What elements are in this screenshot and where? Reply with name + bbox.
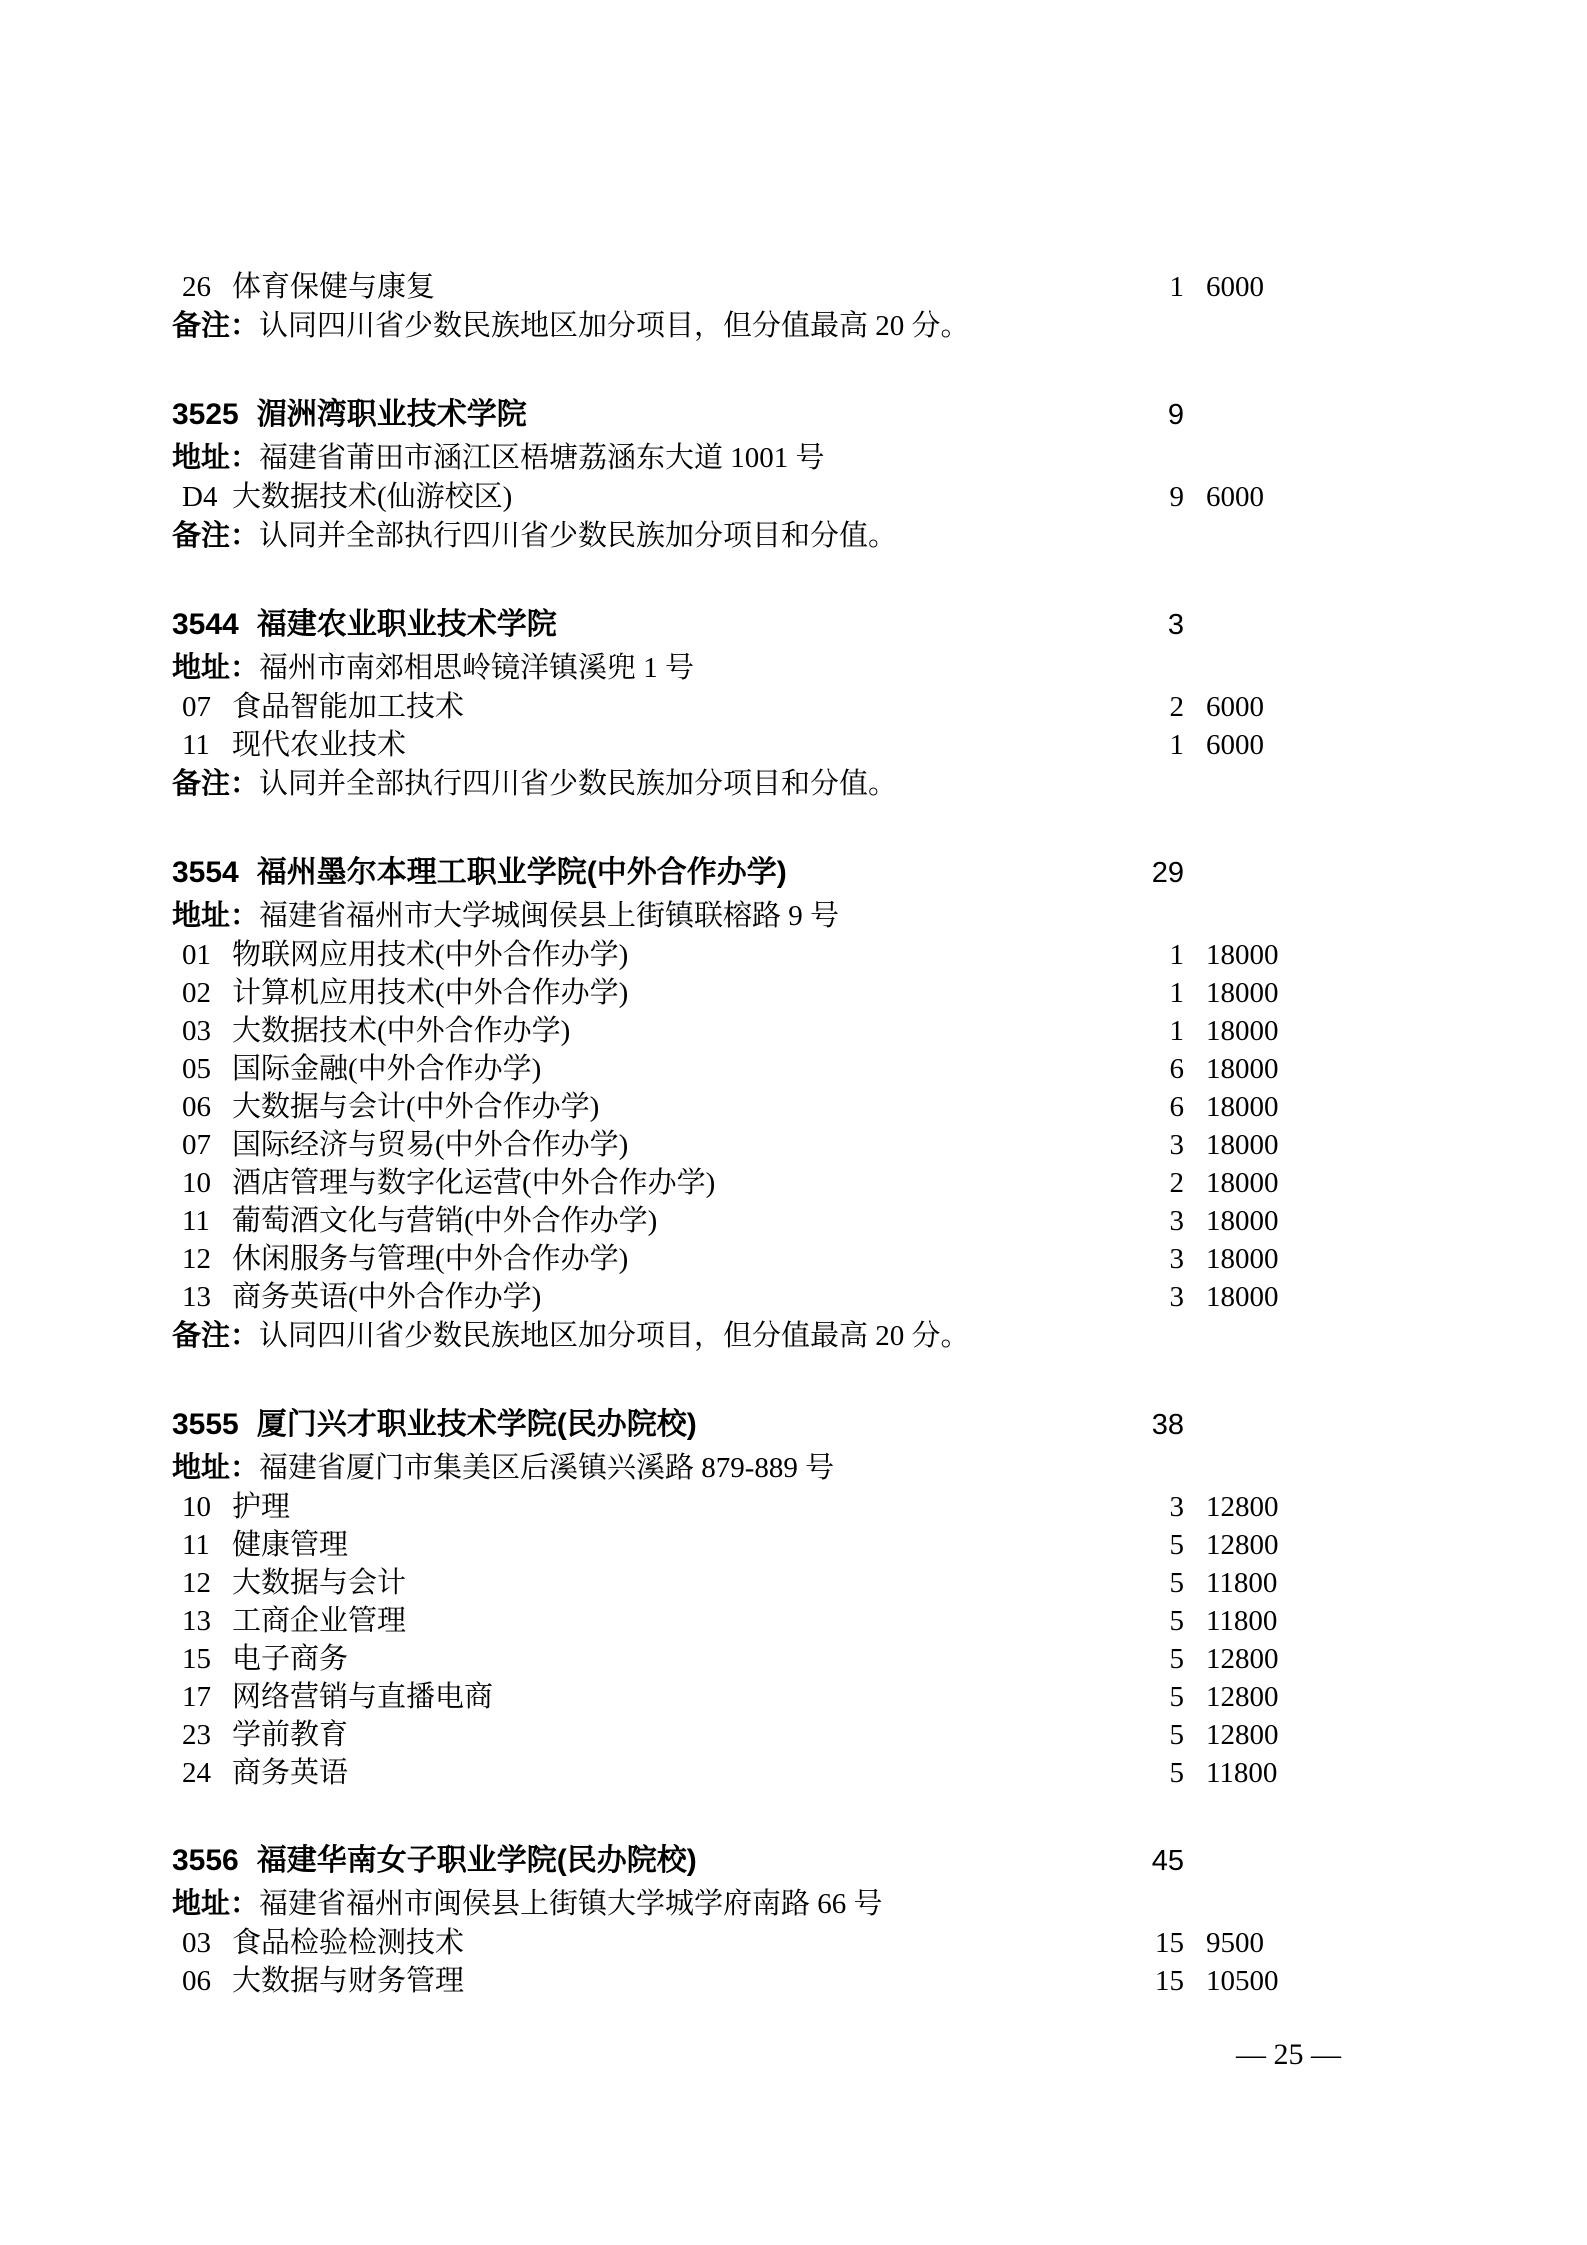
major-tuition: 12800 xyxy=(1184,1488,1442,1526)
major-row: 12休闲服务与管理(中外合作办学)318000 xyxy=(172,1240,1442,1278)
major-count: 1 xyxy=(1124,268,1184,306)
school-section: 3525湄洲湾职业技术学院9地址：福建省莆田市涵江区梧塘荔涵东大道 1001 号… xyxy=(172,392,1442,556)
major-count: 15 xyxy=(1124,1962,1184,2000)
major-name: 物联网应用技术(中外合作办学) xyxy=(232,936,1124,974)
note-line: 备注：认同四川省少数民族地区加分项目，但分值最高 20 分。 xyxy=(172,1316,1442,1356)
major-count: 15 xyxy=(1124,1924,1184,1962)
major-code: 24 xyxy=(182,1754,218,1792)
address-line: 地址：福州市南郊相思岭镜洋镇溪兜 1 号 xyxy=(172,648,1442,688)
address-label: 地址： xyxy=(172,648,259,688)
major-name: 酒店管理与数字化运营(中外合作办学) xyxy=(232,1164,1124,1202)
major-name: 休闲服务与管理(中外合作办学) xyxy=(232,1240,1124,1278)
school-code: 3544 xyxy=(172,602,239,648)
school-section: 3554福州墨尔本理工职业学院(中外合作办学)29地址：福建省福州市大学城闽侯县… xyxy=(172,850,1442,1356)
major-tuition: 6000 xyxy=(1184,726,1442,764)
major-name: 护理 xyxy=(232,1488,1124,1526)
address-line: 地址：福建省厦门市集美区后溪镇兴溪路 879-889 号 xyxy=(172,1448,1442,1488)
major-name: 体育保健与康复 xyxy=(232,268,1124,306)
page-content: 26体育保健与康复16000 备注： 认同四川省少数民族地区加分项目，但分值最高… xyxy=(172,268,1442,2000)
major-tuition: 18000 xyxy=(1184,974,1442,1012)
major-tuition: 6000 xyxy=(1184,688,1442,726)
school-code: 3556 xyxy=(172,1838,239,1884)
school-code: 3554 xyxy=(172,850,239,896)
note-text: 认同四川省少数民族地区加分项目，但分值最高 20 分。 xyxy=(259,306,1442,346)
school-name: 厦门兴才职业技术学院(民办院校) xyxy=(257,1402,1124,1448)
major-tuition: 18000 xyxy=(1184,1164,1442,1202)
major-tuition: 11800 xyxy=(1184,1754,1442,1792)
major-count: 6 xyxy=(1124,1088,1184,1126)
major-row: 05国际金融(中外合作办学)618000 xyxy=(172,1050,1442,1088)
major-tuition: 18000 xyxy=(1184,1012,1442,1050)
school-code: 3555 xyxy=(172,1402,239,1448)
major-row: 01物联网应用技术(中外合作办学)118000 xyxy=(172,936,1442,974)
school-section: 3555厦门兴才职业技术学院(民办院校)38地址：福建省厦门市集美区后溪镇兴溪路… xyxy=(172,1402,1442,1792)
major-name: 国际经济与贸易(中外合作办学) xyxy=(232,1126,1124,1164)
major-code: 12 xyxy=(182,1564,218,1602)
major-code: 06 xyxy=(182,1088,218,1126)
address-label: 地址： xyxy=(172,438,259,478)
major-name: 食品智能加工技术 xyxy=(232,688,1124,726)
note-text: 认同四川省少数民族地区加分项目，但分值最高 20 分。 xyxy=(259,1316,1442,1356)
major-code: 07 xyxy=(182,1126,218,1164)
major-code: 13 xyxy=(182,1278,218,1316)
school-section: 3544福建农业职业技术学院3地址：福州市南郊相思岭镜洋镇溪兜 1 号07食品智… xyxy=(172,602,1442,804)
major-row: 11现代农业技术16000 xyxy=(172,726,1442,764)
page-number: — 25 — xyxy=(1236,2038,1341,2072)
major-count: 3 xyxy=(1124,1488,1184,1526)
major-row: 10酒店管理与数字化运营(中外合作办学)218000 xyxy=(172,1164,1442,1202)
major-tuition: 12800 xyxy=(1184,1640,1442,1678)
major-code: 17 xyxy=(182,1678,218,1716)
school-total: 38 xyxy=(1124,1402,1184,1448)
address-text: 福建省福州市闽侯县上街镇大学城学府南路 66 号 xyxy=(259,1884,1442,1924)
major-row: 11健康管理512800 xyxy=(172,1526,1442,1564)
note-line: 备注：认同并全部执行四川省少数民族加分项目和分值。 xyxy=(172,764,1442,804)
major-code: 07 xyxy=(182,688,218,726)
major-count: 2 xyxy=(1124,688,1184,726)
note-line: 备注： 认同四川省少数民族地区加分项目，但分值最高 20 分。 xyxy=(172,306,1442,346)
major-code: 11 xyxy=(182,1202,218,1240)
major-row: 26体育保健与康复16000 xyxy=(172,268,1442,306)
major-name: 大数据与财务管理 xyxy=(232,1962,1124,2000)
major-count: 3 xyxy=(1124,1240,1184,1278)
major-row: D4大数据技术(仙游校区)96000 xyxy=(172,478,1442,516)
address-text: 福建省莆田市涵江区梧塘荔涵东大道 1001 号 xyxy=(259,438,1442,478)
major-count: 5 xyxy=(1124,1602,1184,1640)
major-count: 9 xyxy=(1124,478,1184,516)
major-code: 26 xyxy=(182,268,218,306)
major-name: 现代农业技术 xyxy=(232,726,1124,764)
note-label: 备注： xyxy=(172,764,259,804)
major-count: 3 xyxy=(1124,1278,1184,1316)
major-tuition: 12800 xyxy=(1184,1716,1442,1754)
major-count: 6 xyxy=(1124,1050,1184,1088)
school-header: 3525湄洲湾职业技术学院9 xyxy=(172,392,1442,438)
major-code: 02 xyxy=(182,974,218,1012)
school-name: 福建华南女子职业学院(民办院校) xyxy=(257,1838,1124,1884)
major-count: 5 xyxy=(1124,1564,1184,1602)
document-page: { "page": { "background_color": "#ffffff… xyxy=(0,0,1587,2245)
major-code: D4 xyxy=(182,478,218,516)
major-name: 大数据技术(仙游校区) xyxy=(232,478,1124,516)
major-code: 23 xyxy=(182,1716,218,1754)
major-code: 01 xyxy=(182,936,218,974)
school-header: 3544福建农业职业技术学院3 xyxy=(172,602,1442,648)
major-name: 电子商务 xyxy=(232,1640,1124,1678)
major-row: 06大数据与会计(中外合作办学)618000 xyxy=(172,1088,1442,1126)
major-code: 03 xyxy=(182,1924,218,1962)
school-sections: 3525湄洲湾职业技术学院9地址：福建省莆田市涵江区梧塘荔涵东大道 1001 号… xyxy=(172,392,1442,2000)
major-count: 2 xyxy=(1124,1164,1184,1202)
address-line: 地址：福建省福州市大学城闽侯县上街镇联榕路 9 号 xyxy=(172,896,1442,936)
school-name: 湄洲湾职业技术学院 xyxy=(257,392,1124,438)
address-label: 地址： xyxy=(172,1448,259,1488)
school-header: 3554福州墨尔本理工职业学院(中外合作办学)29 xyxy=(172,850,1442,896)
major-name: 学前教育 xyxy=(232,1716,1124,1754)
major-row: 10护理312800 xyxy=(172,1488,1442,1526)
major-code: 15 xyxy=(182,1640,218,1678)
address-line: 地址：福建省莆田市涵江区梧塘荔涵东大道 1001 号 xyxy=(172,438,1442,478)
major-tuition: 11800 xyxy=(1184,1602,1442,1640)
major-row: 11葡萄酒文化与营销(中外合作办学)318000 xyxy=(172,1202,1442,1240)
major-row: 24商务英语511800 xyxy=(172,1754,1442,1792)
school-header: 3555厦门兴才职业技术学院(民办院校)38 xyxy=(172,1402,1442,1448)
address-label: 地址： xyxy=(172,896,259,936)
major-name: 大数据技术(中外合作办学) xyxy=(232,1012,1124,1050)
major-count: 1 xyxy=(1124,726,1184,764)
major-tuition: 12800 xyxy=(1184,1678,1442,1716)
major-name: 健康管理 xyxy=(232,1526,1124,1564)
major-row: 12大数据与会计511800 xyxy=(172,1564,1442,1602)
major-code: 13 xyxy=(182,1602,218,1640)
major-code: 06 xyxy=(182,1962,218,2000)
major-row: 13商务英语(中外合作办学)318000 xyxy=(172,1278,1442,1316)
school-name: 福建农业职业技术学院 xyxy=(257,602,1124,648)
major-row: 07食品智能加工技术26000 xyxy=(172,688,1442,726)
major-count: 1 xyxy=(1124,974,1184,1012)
major-code: 11 xyxy=(182,726,218,764)
major-name: 国际金融(中外合作办学) xyxy=(232,1050,1124,1088)
major-tuition: 10500 xyxy=(1184,1962,1442,2000)
major-name: 商务英语 xyxy=(232,1754,1124,1792)
school-total: 45 xyxy=(1124,1838,1184,1884)
address-label: 地址： xyxy=(172,1884,259,1924)
major-code: 03 xyxy=(182,1012,218,1050)
major-count: 5 xyxy=(1124,1716,1184,1754)
major-name: 工商企业管理 xyxy=(232,1602,1124,1640)
major-tuition: 18000 xyxy=(1184,1240,1442,1278)
major-name: 食品检验检测技术 xyxy=(232,1924,1124,1962)
major-tuition: 18000 xyxy=(1184,1088,1442,1126)
major-tuition: 18000 xyxy=(1184,1278,1442,1316)
major-code: 11 xyxy=(182,1526,218,1564)
major-tuition: 6000 xyxy=(1184,268,1442,306)
major-name: 计算机应用技术(中外合作办学) xyxy=(232,974,1124,1012)
major-tuition: 9500 xyxy=(1184,1924,1442,1962)
major-count: 3 xyxy=(1124,1202,1184,1240)
major-code: 10 xyxy=(182,1164,218,1202)
major-row: 13工商企业管理511800 xyxy=(172,1602,1442,1640)
major-code: 10 xyxy=(182,1488,218,1526)
school-code: 3525 xyxy=(172,392,239,438)
school-section: 3556福建华南女子职业学院(民办院校)45地址：福建省福州市闽侯县上街镇大学城… xyxy=(172,1838,1442,2000)
major-tuition: 18000 xyxy=(1184,936,1442,974)
major-tuition: 18000 xyxy=(1184,1126,1442,1164)
major-row: 17网络营销与直播电商512800 xyxy=(172,1678,1442,1716)
major-count: 3 xyxy=(1124,1126,1184,1164)
school-total: 3 xyxy=(1124,602,1184,648)
address-text: 福州市南郊相思岭镜洋镇溪兜 1 号 xyxy=(259,648,1442,688)
major-name: 商务英语(中外合作办学) xyxy=(232,1278,1124,1316)
major-tuition: 11800 xyxy=(1184,1564,1442,1602)
major-tuition: 12800 xyxy=(1184,1526,1442,1564)
major-name: 网络营销与直播电商 xyxy=(232,1678,1124,1716)
major-count: 1 xyxy=(1124,1012,1184,1050)
note-label: 备注： xyxy=(172,516,259,556)
major-code: 12 xyxy=(182,1240,218,1278)
note-text: 认同并全部执行四川省少数民族加分项目和分值。 xyxy=(259,516,1442,556)
major-tuition: 18000 xyxy=(1184,1202,1442,1240)
major-count: 1 xyxy=(1124,936,1184,974)
school-header: 3556福建华南女子职业学院(民办院校)45 xyxy=(172,1838,1442,1884)
major-row: 23学前教育512800 xyxy=(172,1716,1442,1754)
major-code: 05 xyxy=(182,1050,218,1088)
note-label: 备注： xyxy=(172,1316,259,1356)
note-text: 认同并全部执行四川省少数民族加分项目和分值。 xyxy=(259,764,1442,804)
major-tuition: 18000 xyxy=(1184,1050,1442,1088)
major-row: 06大数据与财务管理1510500 xyxy=(172,1962,1442,2000)
major-name: 葡萄酒文化与营销(中外合作办学) xyxy=(232,1202,1124,1240)
school-name: 福州墨尔本理工职业学院(中外合作办学) xyxy=(257,850,1124,896)
note-label: 备注： xyxy=(172,306,259,346)
leading-major-rows: 26体育保健与康复16000 xyxy=(172,268,1442,306)
major-count: 5 xyxy=(1124,1754,1184,1792)
note-line: 备注：认同并全部执行四川省少数民族加分项目和分值。 xyxy=(172,516,1442,556)
major-count: 5 xyxy=(1124,1640,1184,1678)
school-total: 9 xyxy=(1124,392,1184,438)
major-row: 03大数据技术(中外合作办学)118000 xyxy=(172,1012,1442,1050)
major-row: 07国际经济与贸易(中外合作办学)318000 xyxy=(172,1126,1442,1164)
major-row: 03食品检验检测技术159500 xyxy=(172,1924,1442,1962)
school-total: 29 xyxy=(1124,850,1184,896)
major-tuition: 6000 xyxy=(1184,478,1442,516)
address-text: 福建省厦门市集美区后溪镇兴溪路 879-889 号 xyxy=(259,1448,1442,1488)
address-text: 福建省福州市大学城闽侯县上街镇联榕路 9 号 xyxy=(259,896,1442,936)
major-name: 大数据与会计(中外合作办学) xyxy=(232,1088,1124,1126)
address-line: 地址：福建省福州市闽侯县上街镇大学城学府南路 66 号 xyxy=(172,1884,1442,1924)
major-row: 15电子商务512800 xyxy=(172,1640,1442,1678)
major-name: 大数据与会计 xyxy=(232,1564,1124,1602)
major-count: 5 xyxy=(1124,1526,1184,1564)
major-row: 02计算机应用技术(中外合作办学)118000 xyxy=(172,974,1442,1012)
major-count: 5 xyxy=(1124,1678,1184,1716)
